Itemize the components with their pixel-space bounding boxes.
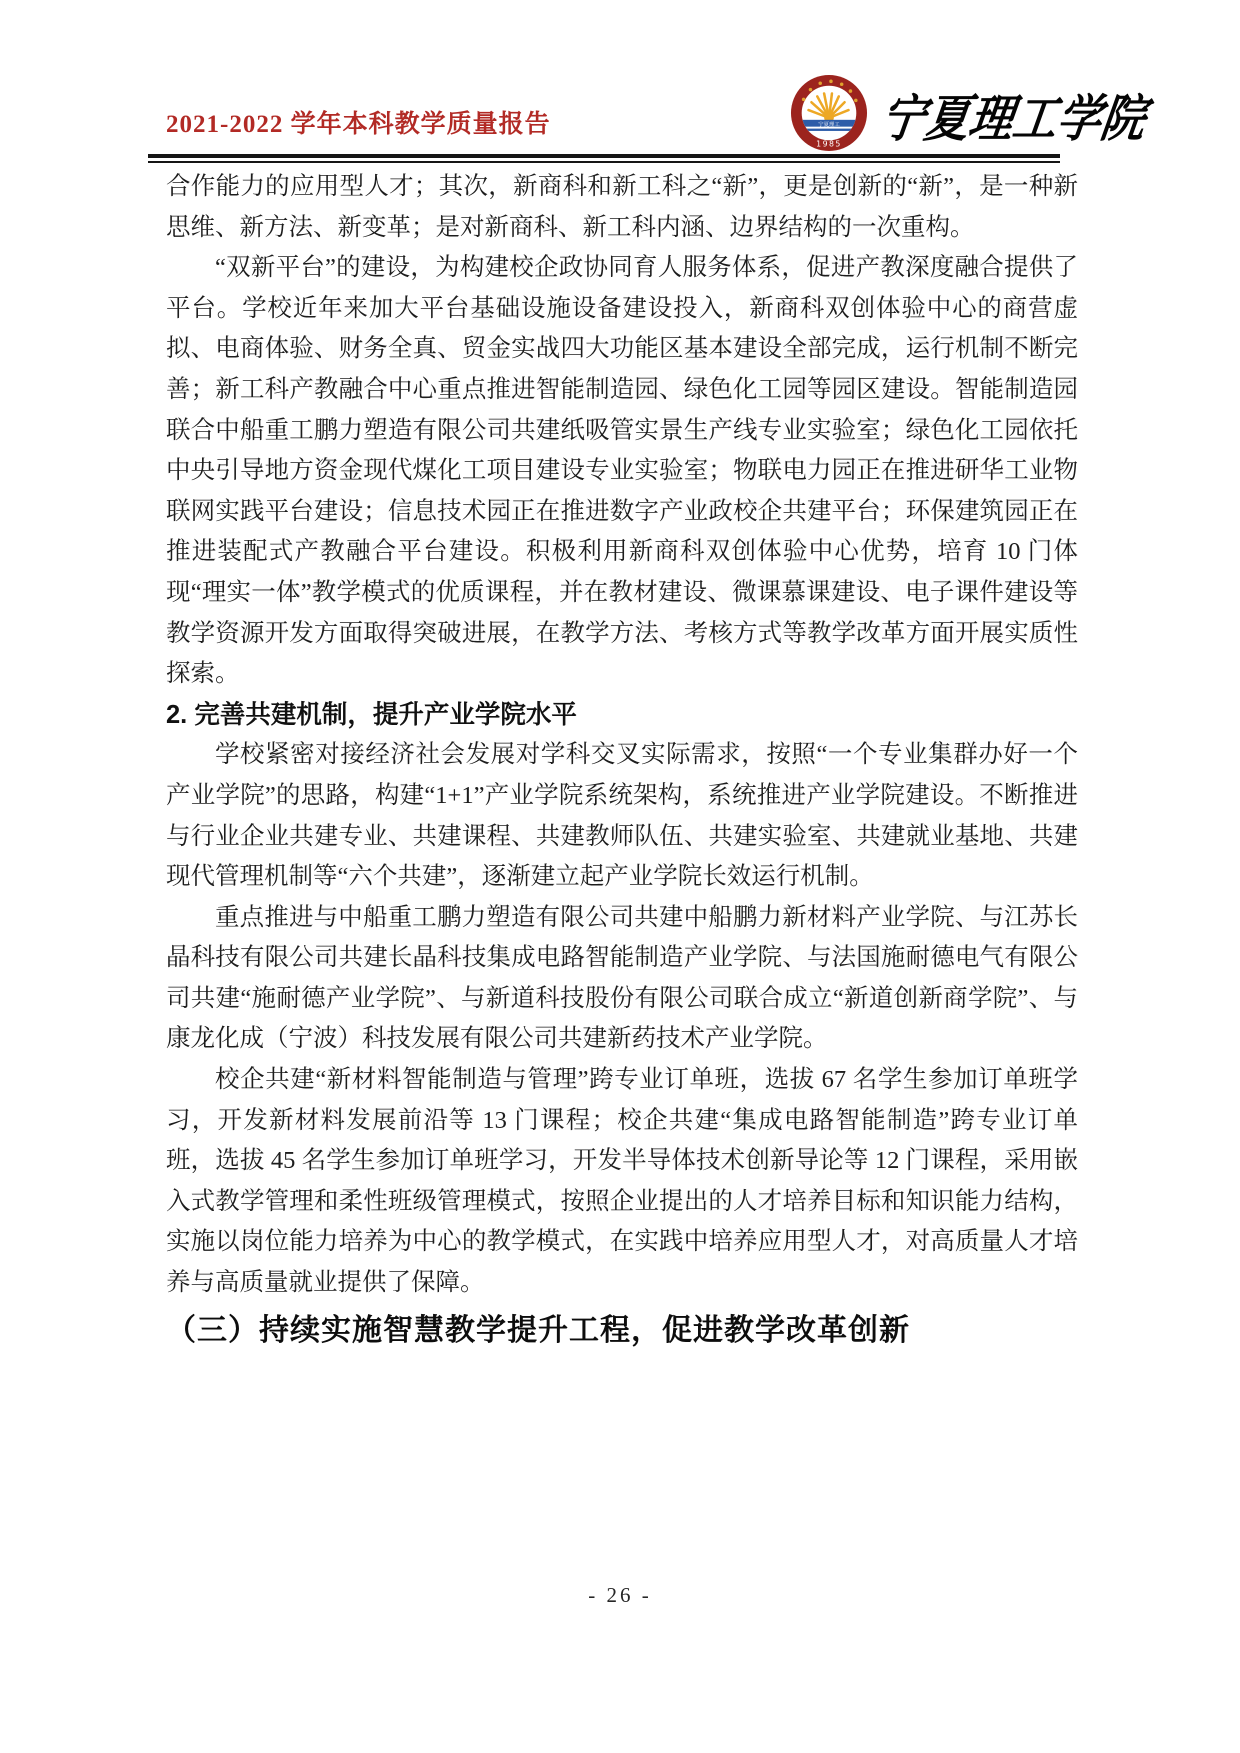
report-page: 2021-2022 学年本科教学质量报告 xyxy=(0,0,1240,1753)
school-seal-icon: 宁夏理工 1985 xyxy=(790,74,868,152)
header-divider xyxy=(148,154,1060,163)
document-body: 合作能力的应用型人才；其次，新商科和新工科之“新”，更是创新的“新”，是一种新思… xyxy=(166,167,1078,1354)
school-logo: 宁夏理工 1985 xyxy=(790,74,868,152)
seal-year-text: 1985 xyxy=(816,140,842,149)
paragraph-industry-college-mechanism: 学校紧密对接经济社会发展对学科交叉实际需求，按照“一个专业集群办好一个产业学院”… xyxy=(166,735,1078,897)
paragraph-order-classes: 校企共建“新材料智能制造与管理”跨专业订单班，选拔 67 名学生参加订单班学习，… xyxy=(166,1060,1078,1304)
seal-inner-text: 宁夏理工 xyxy=(818,120,840,128)
paragraph-dual-platform: “双新平台”的建设，为构建校企政协同育人服务体系，促进产教深度融合提供了平台。学… xyxy=(166,248,1078,695)
paragraph-joint-colleges: 重点推进与中船重工鹏力塑造有限公司共建中船鹏力新材料产业学院、与江苏长晶科技有限… xyxy=(166,898,1078,1060)
section-heading-2: 2. 完善共建机制，提升产业学院水平 xyxy=(166,695,1078,736)
report-title: 2021-2022 学年本科教学质量报告 xyxy=(166,104,551,140)
section-heading-3: （三）持续实施智慧教学提升工程，促进教学改革创新 xyxy=(166,1308,1078,1354)
school-name-calligraphy: 宁夏理工学院 xyxy=(877,77,1117,151)
paragraph-continuation: 合作能力的应用型人才；其次，新商科和新工科之“新”，更是创新的“新”，是一种新思… xyxy=(166,167,1078,248)
page-number: - 26 - xyxy=(0,1583,1240,1608)
